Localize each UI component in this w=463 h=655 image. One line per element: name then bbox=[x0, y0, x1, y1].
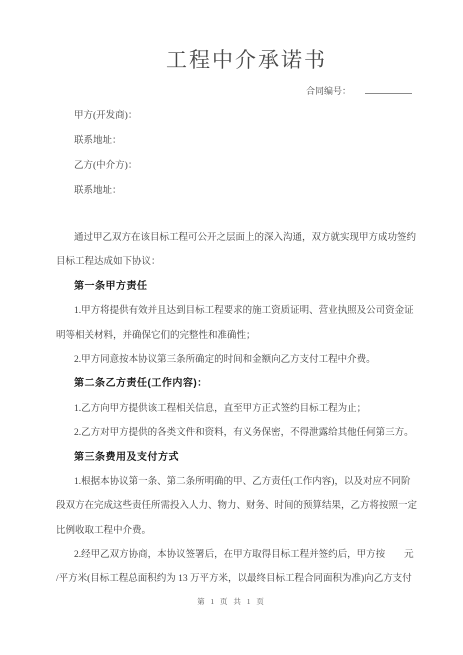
contract-number-row: 合同编号： bbox=[306, 84, 412, 98]
document-page: 工程中介承诺书 合同编号： 甲方(开发商)： 联系地址： 乙方(中介方)： 联系… bbox=[0, 0, 463, 655]
section-3-item-1-line-2: 段双方在完成这些责任所需投入人力、物力、财务、时间的预算结果，乙方将按照一定 bbox=[56, 494, 423, 518]
contract-number-blank bbox=[365, 85, 412, 94]
section-2-item-2: 2.乙方对甲方提供的各类文件和资料，有义务保密，不得泄露给其他任何第三方。 bbox=[56, 421, 423, 445]
contract-number-label: 合同编号： bbox=[306, 86, 351, 96]
party-b-address-label: 联系地址： bbox=[74, 179, 423, 204]
contract-body: 通过甲乙双方在该目标工程可公开之层面上的深入沟通，双方就实现甲方成功签约 目标工… bbox=[56, 226, 423, 592]
section-3-item-1-line-1: 1.根据本协议第一条、第二条所明确的甲、乙方责任(工作内容)，以及对应不同阶 bbox=[56, 470, 423, 494]
section-3-item-2-line-1: 2.经甲乙双方协商，本协议签署后，在甲方取得目标工程并签约后，甲方按 元 bbox=[56, 543, 423, 567]
section-3-heading: 第三条费用及支付方式 bbox=[56, 446, 423, 470]
party-b-label: 乙方(中介方)： bbox=[74, 154, 423, 179]
section-2-heading: 第二条乙方责任(工作内容)： bbox=[56, 372, 423, 396]
page-footer: 第 1 页 共 1 页 bbox=[0, 596, 463, 608]
party-a-label: 甲方(开发商)： bbox=[74, 104, 423, 129]
intro-line-2: 目标工程达成如下协议： bbox=[56, 250, 423, 274]
section-1-heading: 第一条甲方责任 bbox=[56, 275, 423, 299]
section-3-item-2-line-2: /平方米(目标工程总面积约为 13 万平方米，以最终目标工程合同面积为准)向乙方… bbox=[56, 567, 423, 591]
section-1-item-1-line-1: 1.甲方将提供有效并且达到目标工程要求的施工资质证明、营业执照及公司资金证 bbox=[56, 299, 423, 323]
intro-line-1: 通过甲乙双方在该目标工程可公开之层面上的深入沟通，双方就实现甲方成功签约 bbox=[56, 226, 423, 250]
page-title: 工程中介承诺书 bbox=[166, 47, 327, 73]
party-a-address-label: 联系地址： bbox=[74, 129, 423, 154]
party-fields: 甲方(开发商)： 联系地址： 乙方(中介方)： 联系地址： bbox=[74, 104, 423, 204]
section-1-item-1-line-2: 明等相关材料，并确保它们的完整性和准确性； bbox=[56, 324, 423, 348]
section-2-item-1: 1.乙方向甲方提供该工程相关信息，直至甲方正式签约目标工程为止； bbox=[56, 397, 423, 421]
section-1-item-2: 2.甲方同意按本协议第三条所确定的时间和金额向乙方支付工程中介费。 bbox=[56, 348, 423, 372]
section-3-item-1-line-3: 比例收取工程中介费。 bbox=[56, 519, 423, 543]
